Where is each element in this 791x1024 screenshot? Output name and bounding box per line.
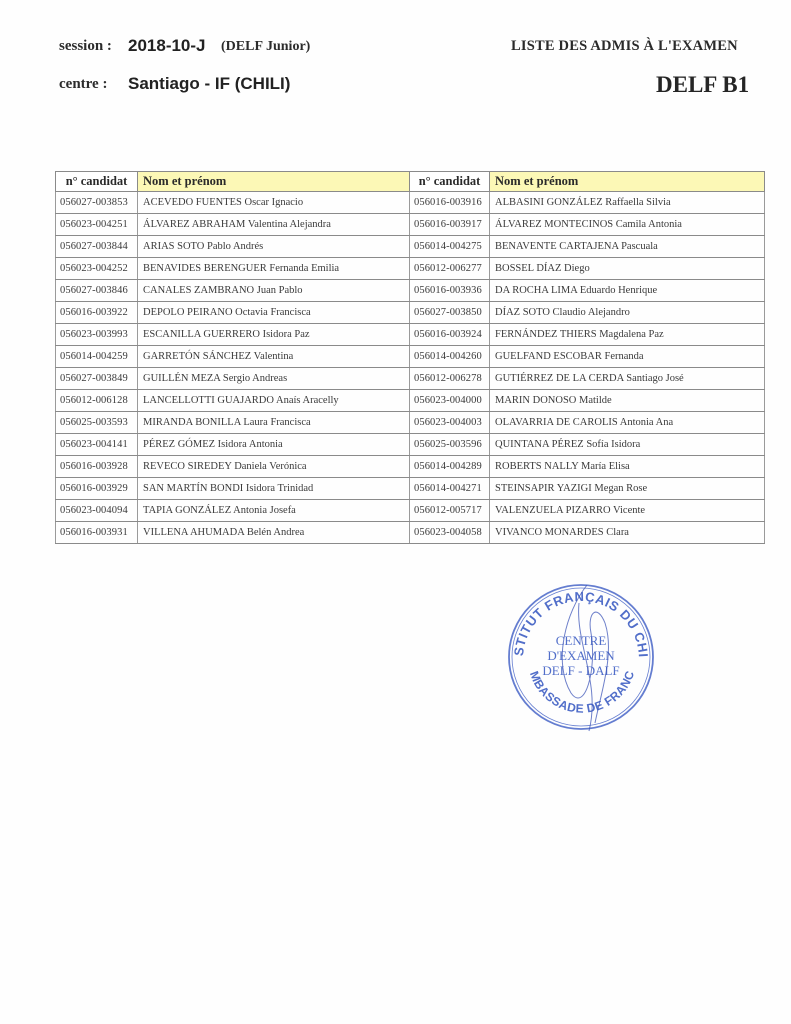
table-row: 056023-004141PÉREZ GÓMEZ Isidora Antonia… (56, 434, 765, 456)
candidate-number: 056027-003853 (56, 192, 138, 214)
candidate-name: GARRETÓN SÁNCHEZ Valentina (138, 346, 410, 368)
candidate-number: 056014-004260 (410, 346, 490, 368)
candidate-number: 056027-003846 (56, 280, 138, 302)
candidate-number: 056012-005717 (410, 500, 490, 522)
candidate-name: GUELFAND ESCOBAR Fernanda (490, 346, 765, 368)
candidate-name: REVECO SIREDEY Daniela Verónica (138, 456, 410, 478)
candidate-number: 056014-004271 (410, 478, 490, 500)
document-title: LISTE DES ADMIS À L'EXAMEN (511, 38, 738, 55)
candidate-number: 056016-003916 (410, 192, 490, 214)
candidate-name: BENAVENTE CARTAJENA Pascuala (490, 236, 765, 258)
column-header-name: Nom et prénom (138, 172, 410, 192)
candidate-name: MARIN DONOSO Matilde (490, 390, 765, 412)
table-row: 056027-003853ACEVEDO FUENTES Oscar Ignac… (56, 192, 765, 214)
candidate-name: ARIAS SOTO Pablo Andrés (138, 236, 410, 258)
candidate-name: CANALES ZAMBRANO Juan Pablo (138, 280, 410, 302)
table-row: 056027-003846CANALES ZAMBRANO Juan Pablo… (56, 280, 765, 302)
candidate-name: STEINSAPIR YAZIGI Megan Rose (490, 478, 765, 500)
candidate-name: SAN MARTÍN BONDI Isidora Trinidad (138, 478, 410, 500)
candidate-name: ACEVEDO FUENTES Oscar Ignacio (138, 192, 410, 214)
table-row: 056012-006128LANCELLOTTI GUAJARDO Anaís … (56, 390, 765, 412)
candidate-number: 056016-003929 (56, 478, 138, 500)
table-row: 056023-003993ESCANILLA GUERRERO Isidora … (56, 324, 765, 346)
column-header-candidate-number: n° candidat (56, 172, 138, 192)
candidate-number: 056025-003593 (56, 412, 138, 434)
candidate-name: DÍAZ SOTO Claudio Alejandro (490, 302, 765, 324)
candidate-name: BENAVIDES BERENGUER Fernanda Emilia (138, 258, 410, 280)
candidate-name: ÁLVAREZ MONTECINOS Camila Antonia (490, 214, 765, 236)
exam-centre-stamp: INSTITUT FRANÇAIS DU CHILI AMBASSADE DE … (505, 573, 657, 733)
candidate-name: BOSSEL DÍAZ Diego (490, 258, 765, 280)
candidate-name: ÁLVAREZ ABRAHAM Valentina Alejandra (138, 214, 410, 236)
table-row: 056016-003929SAN MARTÍN BONDI Isidora Tr… (56, 478, 765, 500)
candidate-name: QUINTANA PÉREZ Sofía Isidora (490, 434, 765, 456)
candidate-name: ROBERTS NALLY María Elisa (490, 456, 765, 478)
candidate-number: 056023-004003 (410, 412, 490, 434)
table-row: 056014-004259GARRETÓN SÁNCHEZ Valentina0… (56, 346, 765, 368)
candidate-number: 056023-004058 (410, 522, 490, 544)
candidate-name: OLAVARRIA DE CAROLIS Antonia Ana (490, 412, 765, 434)
candidate-number: 056014-004275 (410, 236, 490, 258)
candidate-number: 056016-003917 (410, 214, 490, 236)
candidate-name: FERNÁNDEZ THIERS Magdalena Paz (490, 324, 765, 346)
table-row: 056016-003931VILLENA AHUMADA Belén Andre… (56, 522, 765, 544)
candidate-number: 056014-004259 (56, 346, 138, 368)
table-row: 056016-003928REVECO SIREDEY Daniela Veró… (56, 456, 765, 478)
candidate-number: 056025-003596 (410, 434, 490, 456)
table-row: 056023-004094TAPIA GONZÁLEZ Antonia Jose… (56, 500, 765, 522)
session-value: 2018-10-J (128, 36, 206, 56)
candidate-number: 056016-003931 (56, 522, 138, 544)
candidate-number: 056012-006128 (56, 390, 138, 412)
candidate-name: GUILLÉN MEZA Sergio Andreas (138, 368, 410, 390)
candidate-number: 056012-006278 (410, 368, 490, 390)
table-row: 056023-004251ÁLVAREZ ABRAHAM Valentina A… (56, 214, 765, 236)
candidate-number: 056016-003936 (410, 280, 490, 302)
column-header-name: Nom et prénom (490, 172, 765, 192)
candidate-number: 056016-003928 (56, 456, 138, 478)
candidate-number: 056027-003850 (410, 302, 490, 324)
candidate-name: VILLENA AHUMADA Belén Andrea (138, 522, 410, 544)
table-row: 056027-003844ARIAS SOTO Pablo Andrés0560… (56, 236, 765, 258)
candidate-name: VALENZUELA PIZARRO Vicente (490, 500, 765, 522)
candidate-number: 056023-004251 (56, 214, 138, 236)
candidate-number: 056027-003844 (56, 236, 138, 258)
candidate-number: 056016-003924 (410, 324, 490, 346)
table-row: 056023-004252BENAVIDES BERENGUER Fernand… (56, 258, 765, 280)
session-label: session : (59, 38, 112, 55)
stamp-center-line: DELF - DALF (542, 663, 619, 678)
candidate-name: LANCELLOTTI GUAJARDO Anaís Aracelly (138, 390, 410, 412)
candidate-name: ESCANILLA GUERRERO Isidora Paz (138, 324, 410, 346)
table-row: 056025-003593MIRANDA BONILLA Laura Franc… (56, 412, 765, 434)
candidate-number: 056023-004000 (410, 390, 490, 412)
admitted-candidates-table: n° candidat Nom et prénom n° candidat No… (55, 171, 765, 544)
candidate-number: 056023-004252 (56, 258, 138, 280)
candidate-name: DA ROCHA LIMA Eduardo Henrique (490, 280, 765, 302)
candidate-number: 056012-006277 (410, 258, 490, 280)
candidate-number: 056023-003993 (56, 324, 138, 346)
candidate-name: VIVANCO MONARDES Clara (490, 522, 765, 544)
table-row: 056016-003922DEPOLO PEIRANO Octavia Fran… (56, 302, 765, 324)
session-note: (DELF Junior) (221, 39, 310, 55)
candidate-number: 056023-004141 (56, 434, 138, 456)
table-header-row: n° candidat Nom et prénom n° candidat No… (56, 172, 765, 192)
centre-label: centre : (59, 76, 107, 93)
candidate-number: 056014-004289 (410, 456, 490, 478)
column-header-candidate-number: n° candidat (410, 172, 490, 192)
candidate-name: MIRANDA BONILLA Laura Francisca (138, 412, 410, 434)
candidate-number: 056023-004094 (56, 500, 138, 522)
stamp-center-line: D'EXAMEN (547, 648, 615, 663)
exam-level: DELF B1 (656, 72, 749, 98)
centre-value: Santiago - IF (CHILI) (128, 74, 290, 94)
candidate-number: 056016-003922 (56, 302, 138, 324)
candidate-name: PÉREZ GÓMEZ Isidora Antonia (138, 434, 410, 456)
candidate-name: TAPIA GONZÁLEZ Antonia Josefa (138, 500, 410, 522)
candidate-number: 056027-003849 (56, 368, 138, 390)
table-row: 056027-003849GUILLÉN MEZA Sergio Andreas… (56, 368, 765, 390)
candidate-name: DEPOLO PEIRANO Octavia Francisca (138, 302, 410, 324)
candidate-name: ALBASINI GONZÁLEZ Raffaella Silvia (490, 192, 765, 214)
candidate-name: GUTIÉRREZ DE LA CERDA Santiago José (490, 368, 765, 390)
